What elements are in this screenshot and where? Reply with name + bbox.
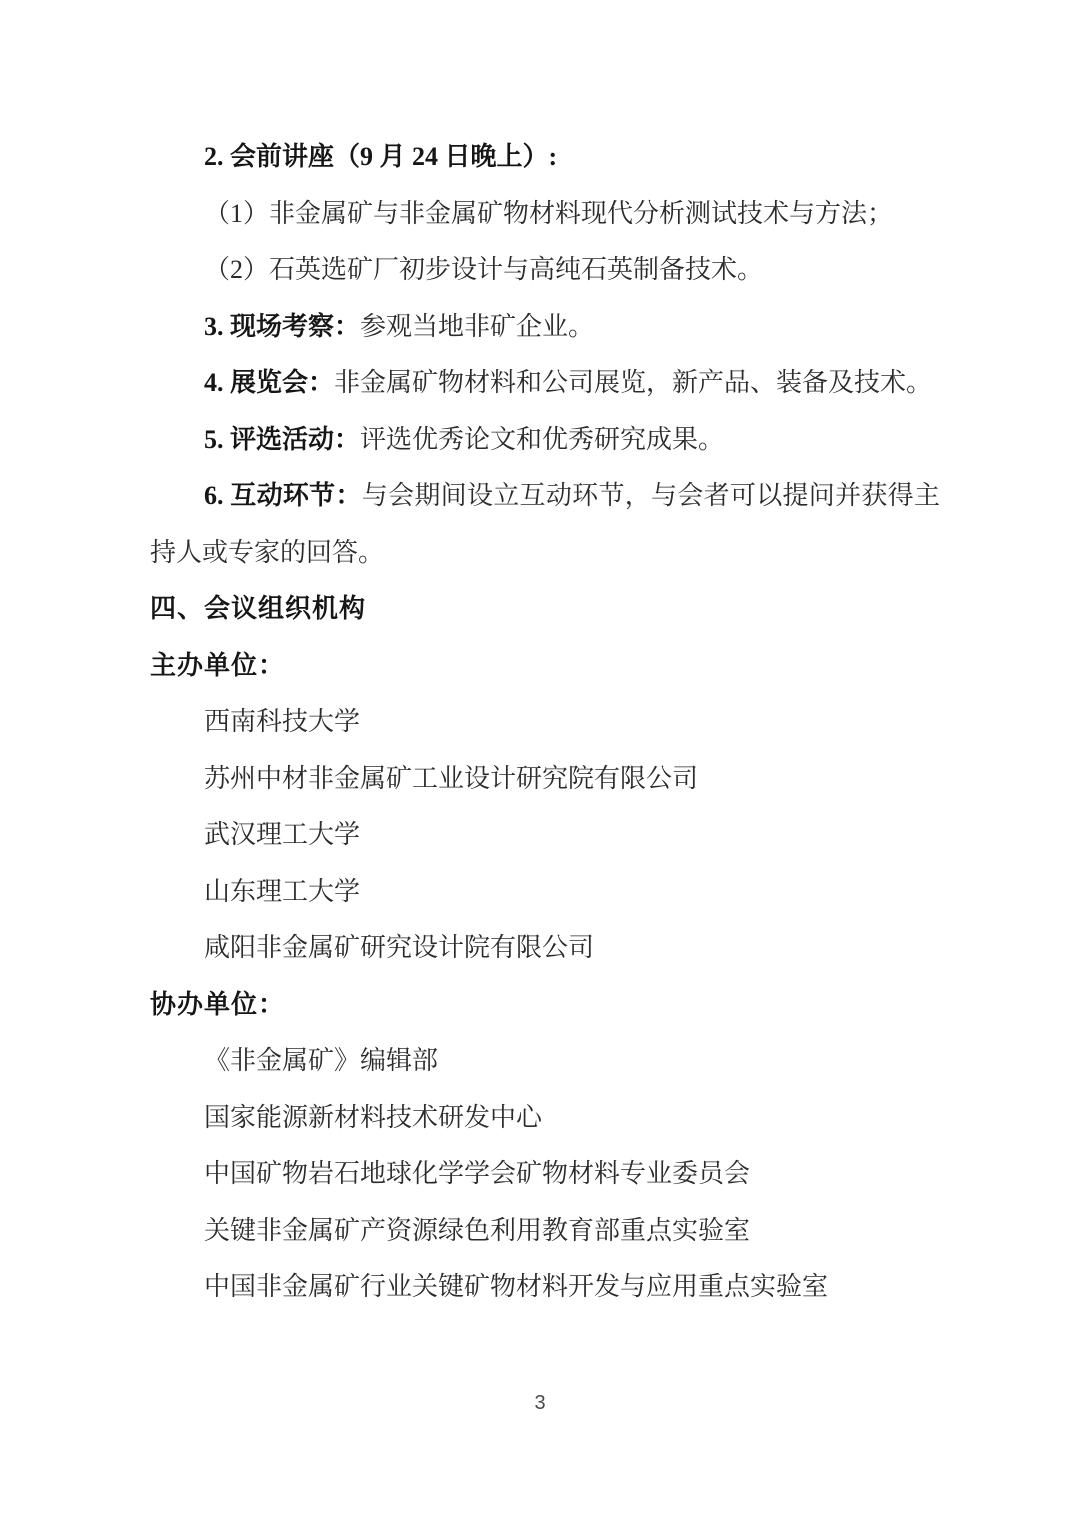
item-label: 4. 展览会： <box>204 368 334 397</box>
item-label: 6. 互动环节： <box>204 481 362 510</box>
section-heading-organization: 四、会议组织机构 <box>150 581 940 638</box>
heading-text: 协办单位： <box>150 990 285 1019</box>
item-label: 2. 会前讲座（9 月 24 日晚上）: <box>204 142 557 171</box>
org-name: 关键非金属矿产资源绿色利用教育部重点实验室 <box>204 1216 750 1245</box>
host-org-3: 武汉理工大学 <box>150 807 940 864</box>
co-org-2: 国家能源新材料技术研发中心 <box>150 1090 940 1147</box>
item-text: （1）非金属矿与非金属矿物材料现代分析测试技术与方法； <box>204 199 893 228</box>
co-organizers-label: 协办单位： <box>150 977 940 1034</box>
org-name: 西南科技大学 <box>204 707 360 736</box>
host-org-5: 咸阳非金属矿研究设计院有限公司 <box>150 920 940 977</box>
host-org-1: 西南科技大学 <box>150 694 940 751</box>
hosts-label: 主办单位： <box>150 638 940 695</box>
lecture-topic-1: （1）非金属矿与非金属矿物材料现代分析测试技术与方法； <box>150 186 940 243</box>
host-org-2: 苏州中材非金属矿工业设计研究院有限公司 <box>150 751 940 808</box>
org-name: 武汉理工大学 <box>204 820 360 849</box>
org-name: 《非金属矿》编辑部 <box>204 1046 438 1075</box>
org-name: 咸阳非金属矿研究设计院有限公司 <box>204 933 594 962</box>
co-org-3: 中国矿物岩石地球化学学会矿物材料专业委员会 <box>150 1146 940 1203</box>
heading-text: 四、会议组织机构 <box>150 594 366 623</box>
host-org-4: 山东理工大学 <box>150 864 940 921</box>
org-name: 山东理工大学 <box>204 877 360 906</box>
org-name: 中国非金属矿行业关键矿物材料开发与应用重点实验室 <box>204 1272 828 1301</box>
item-text: （2）石英选矿厂初步设计与高纯石英制备技术。 <box>204 255 763 284</box>
org-name: 国家能源新材料技术研发中心 <box>204 1103 542 1132</box>
lecture-topic-2: （2）石英选矿厂初步设计与高纯石英制备技术。 <box>150 242 940 299</box>
section-item-5-awards: 5. 评选活动：评选优秀论文和优秀研究成果。 <box>150 412 940 469</box>
document-page: 2. 会前讲座（9 月 24 日晚上）: （1）非金属矿与非金属矿物材料现代分析… <box>0 0 1080 1527</box>
org-name: 苏州中材非金属矿工业设计研究院有限公司 <box>204 764 698 793</box>
co-org-5: 中国非金属矿行业关键矿物材料开发与应用重点实验室 <box>150 1259 940 1316</box>
org-name: 中国矿物岩石地球化学学会矿物材料专业委员会 <box>204 1159 750 1188</box>
item-label: 5. 评选活动： <box>204 425 360 454</box>
section-item-3-site-visit: 3. 现场考察：参观当地非矿企业。 <box>150 299 940 356</box>
section-item-4-exhibition: 4. 展览会：非金属矿物材料和公司展览，新产品、装备及技术。 <box>150 355 940 412</box>
item-text: 参观当地非矿企业。 <box>360 312 594 341</box>
item-text: 非金属矿物材料和公司展览，新产品、装备及技术。 <box>334 368 932 397</box>
page-number: 3 <box>0 1392 1080 1415</box>
document-body: 2. 会前讲座（9 月 24 日晚上）: （1）非金属矿与非金属矿物材料现代分析… <box>150 129 940 1316</box>
co-org-4: 关键非金属矿产资源绿色利用教育部重点实验室 <box>150 1203 940 1260</box>
section-item-6-interaction: 6. 互动环节：与会期间设立互动环节，与会者可以提问并获得主持人或专家的回答。 <box>150 468 940 581</box>
item-text: 评选优秀论文和优秀研究成果。 <box>360 425 724 454</box>
section-item-2-pre-lecture: 2. 会前讲座（9 月 24 日晚上）: <box>150 129 940 186</box>
heading-text: 主办单位： <box>150 651 285 680</box>
item-label: 3. 现场考察： <box>204 312 360 341</box>
co-org-1: 《非金属矿》编辑部 <box>150 1033 940 1090</box>
